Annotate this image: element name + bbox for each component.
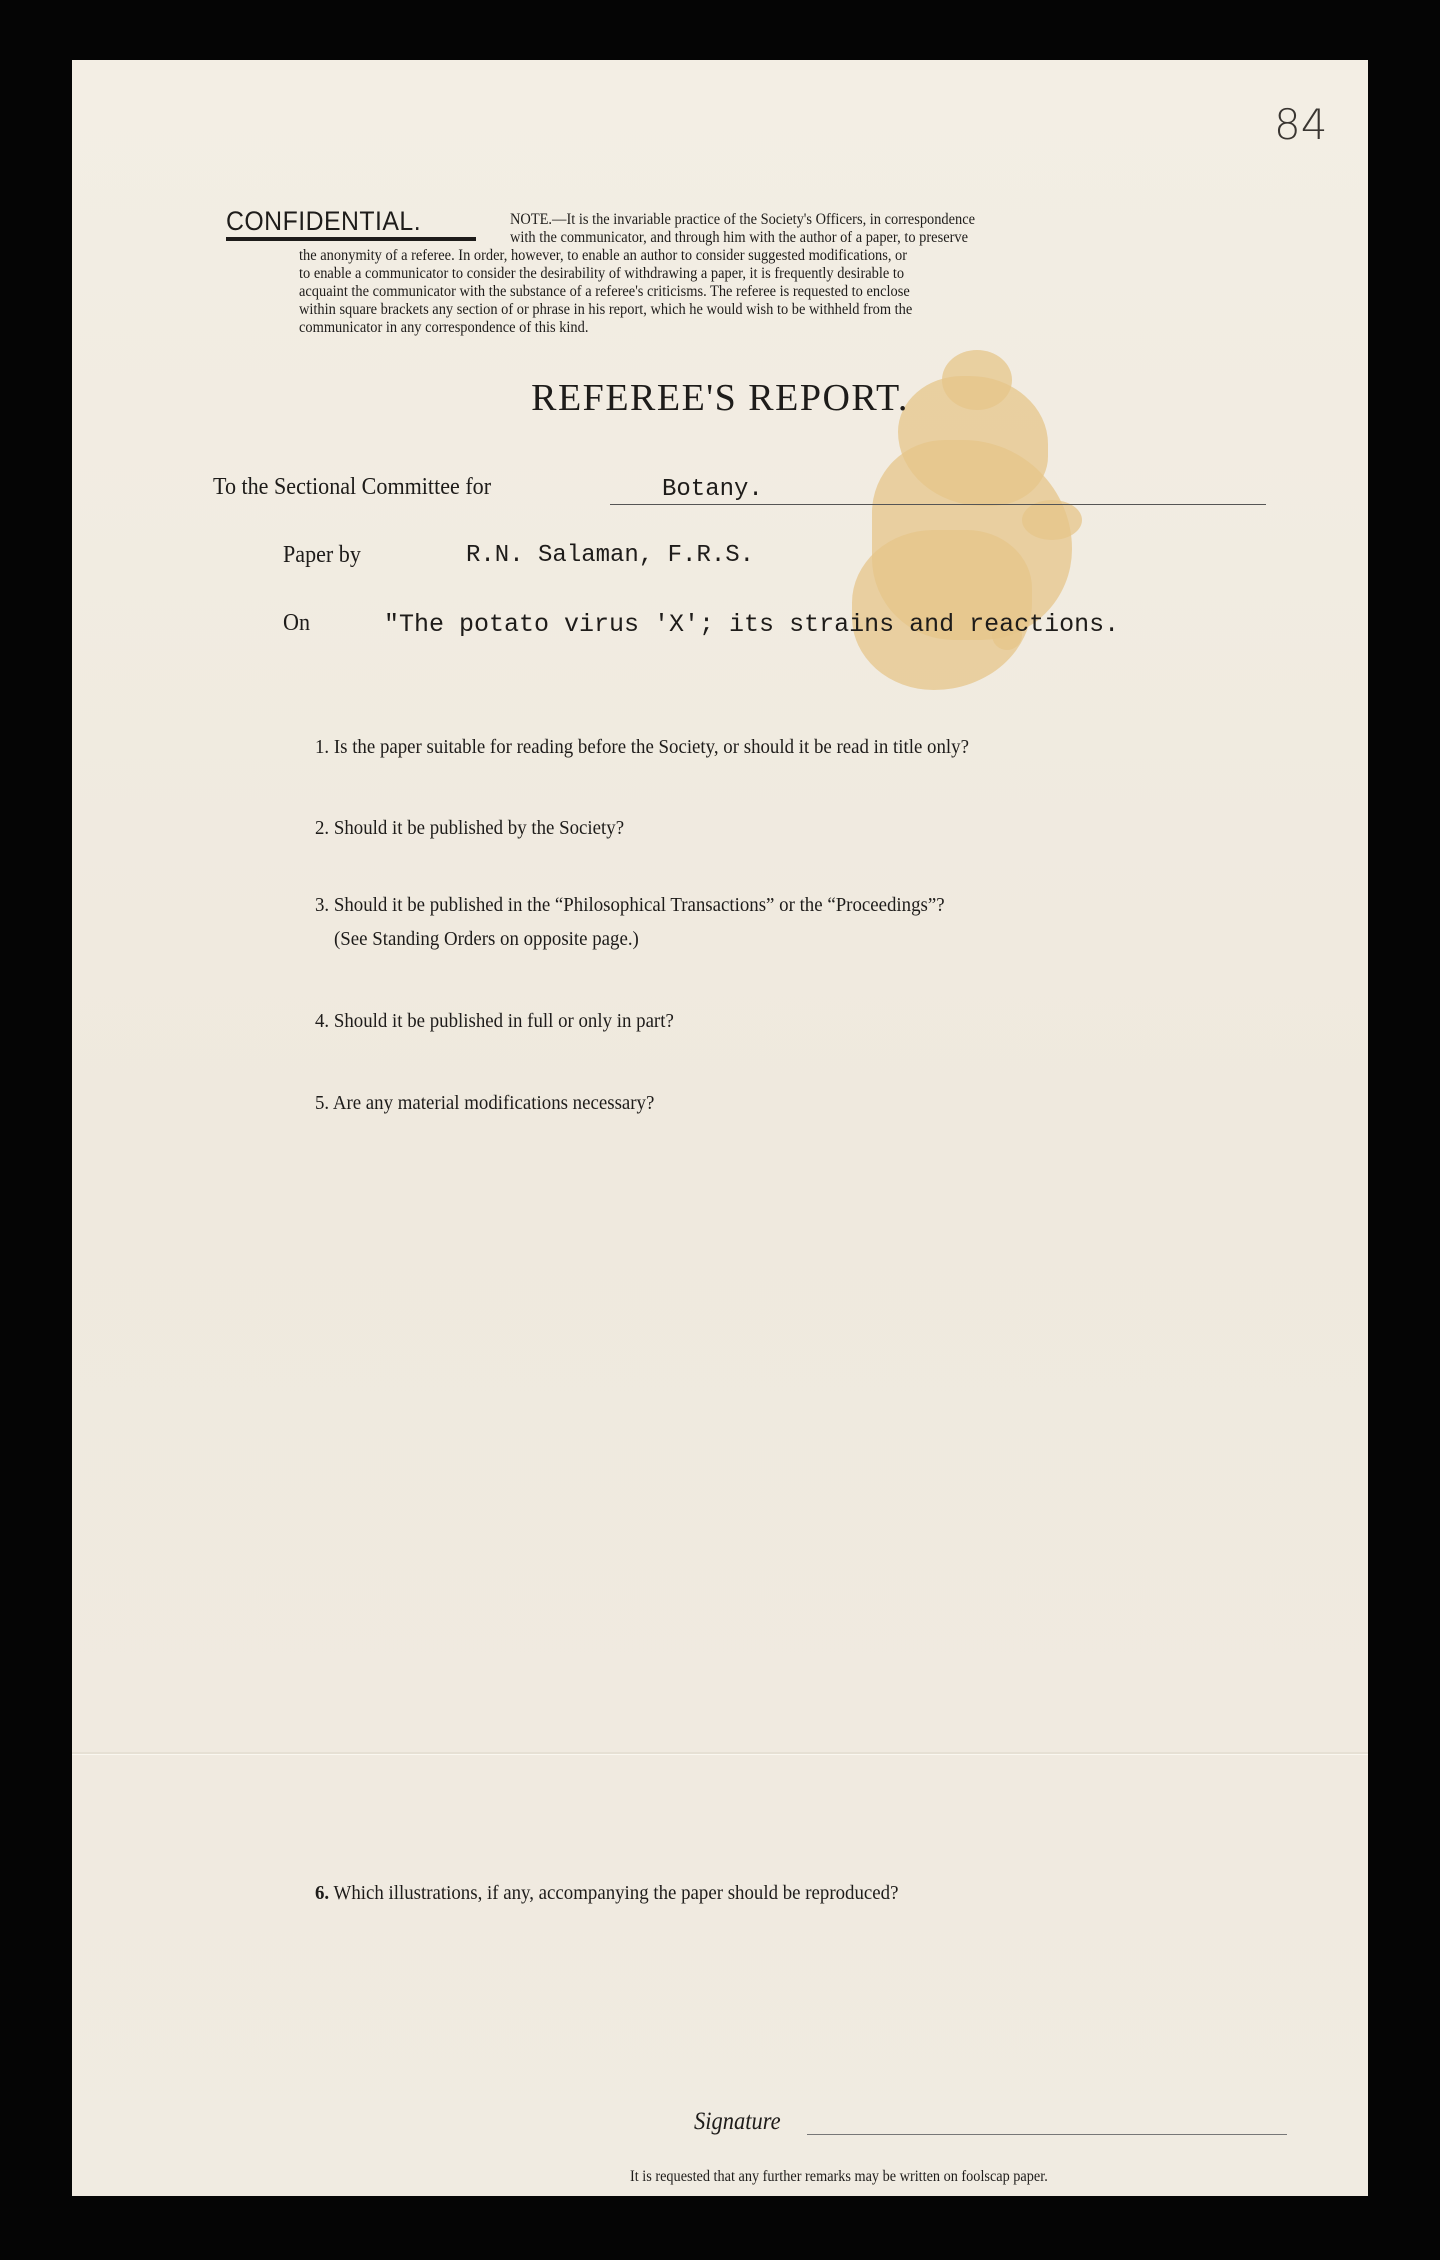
- note-line-3: the anonymity of a referee. In order, ho…: [299, 246, 907, 265]
- on-label: On: [283, 610, 310, 637]
- footer-note: It is requested that any further remarks…: [630, 2168, 1048, 2186]
- question-3-sub: (See Standing Orders on opposite page.): [334, 928, 639, 951]
- question-text: Should it be published by the Society?: [334, 817, 624, 839]
- note-line-6: within square brackets any section of or…: [299, 300, 912, 319]
- committee-value: Botany.: [662, 476, 763, 503]
- committee-label: To the Sectional Committee for: [213, 474, 491, 501]
- on-value: "The potato virus 'X'; its strains and r…: [384, 610, 1119, 639]
- question-text: Which illustrations, if any, accompanyin…: [334, 1882, 899, 1904]
- page-number: 84: [1274, 100, 1327, 149]
- question-number: 5.: [315, 1092, 329, 1114]
- question-text: Should it be published in the “Philosoph…: [334, 894, 945, 916]
- committee-underline: [610, 504, 1266, 505]
- question-2: 2. Should it be published by the Society…: [315, 817, 624, 840]
- paper-by-value: R.N. Salaman, F.R.S.: [466, 542, 754, 569]
- question-text: Are any material modifications necessary…: [333, 1092, 655, 1114]
- question-number: 2.: [315, 817, 329, 839]
- note-line-2: with the communicator, and through him w…: [510, 228, 968, 247]
- question-number: 6.: [315, 1882, 329, 1904]
- question-1: 1. Is the paper suitable for reading bef…: [315, 736, 969, 759]
- question-text: Should it be published in full or only i…: [334, 1010, 674, 1032]
- note-line-7: communicator in any correspondence of th…: [299, 318, 588, 337]
- confidential-underline: [226, 237, 476, 241]
- question-number: 3.: [315, 894, 329, 916]
- question-number: 1.: [315, 736, 329, 758]
- paper-by-label: Paper by: [283, 542, 361, 569]
- signature-line[interactable]: [807, 2134, 1287, 2135]
- question-4: 4. Should it be published in full or onl…: [315, 1010, 674, 1033]
- referee-report-form: 84 CONFIDENTIAL. NOTE.—It is the invaria…: [72, 60, 1368, 2196]
- question-5: 5. Are any material modifications necess…: [315, 1092, 654, 1115]
- confidential-heading: CONFIDENTIAL.: [226, 206, 421, 237]
- signature-label: Signature: [694, 2108, 781, 2136]
- note-line-1: NOTE.—It is the invariable practice of t…: [510, 210, 975, 229]
- note-line-5: acquaint the communicator with the subst…: [299, 282, 910, 301]
- fold-line: [72, 1752, 1368, 1755]
- note-line-4: to enable a communicator to consider the…: [299, 264, 904, 283]
- question-3: 3. Should it be published in the “Philos…: [315, 894, 945, 917]
- question-number: 4.: [315, 1010, 329, 1032]
- question-text: Is the paper suitable for reading before…: [334, 736, 969, 758]
- question-6: 6. Which illustrations, if any, accompan…: [315, 1882, 898, 1905]
- page-title: REFEREE'S REPORT.: [72, 376, 1368, 420]
